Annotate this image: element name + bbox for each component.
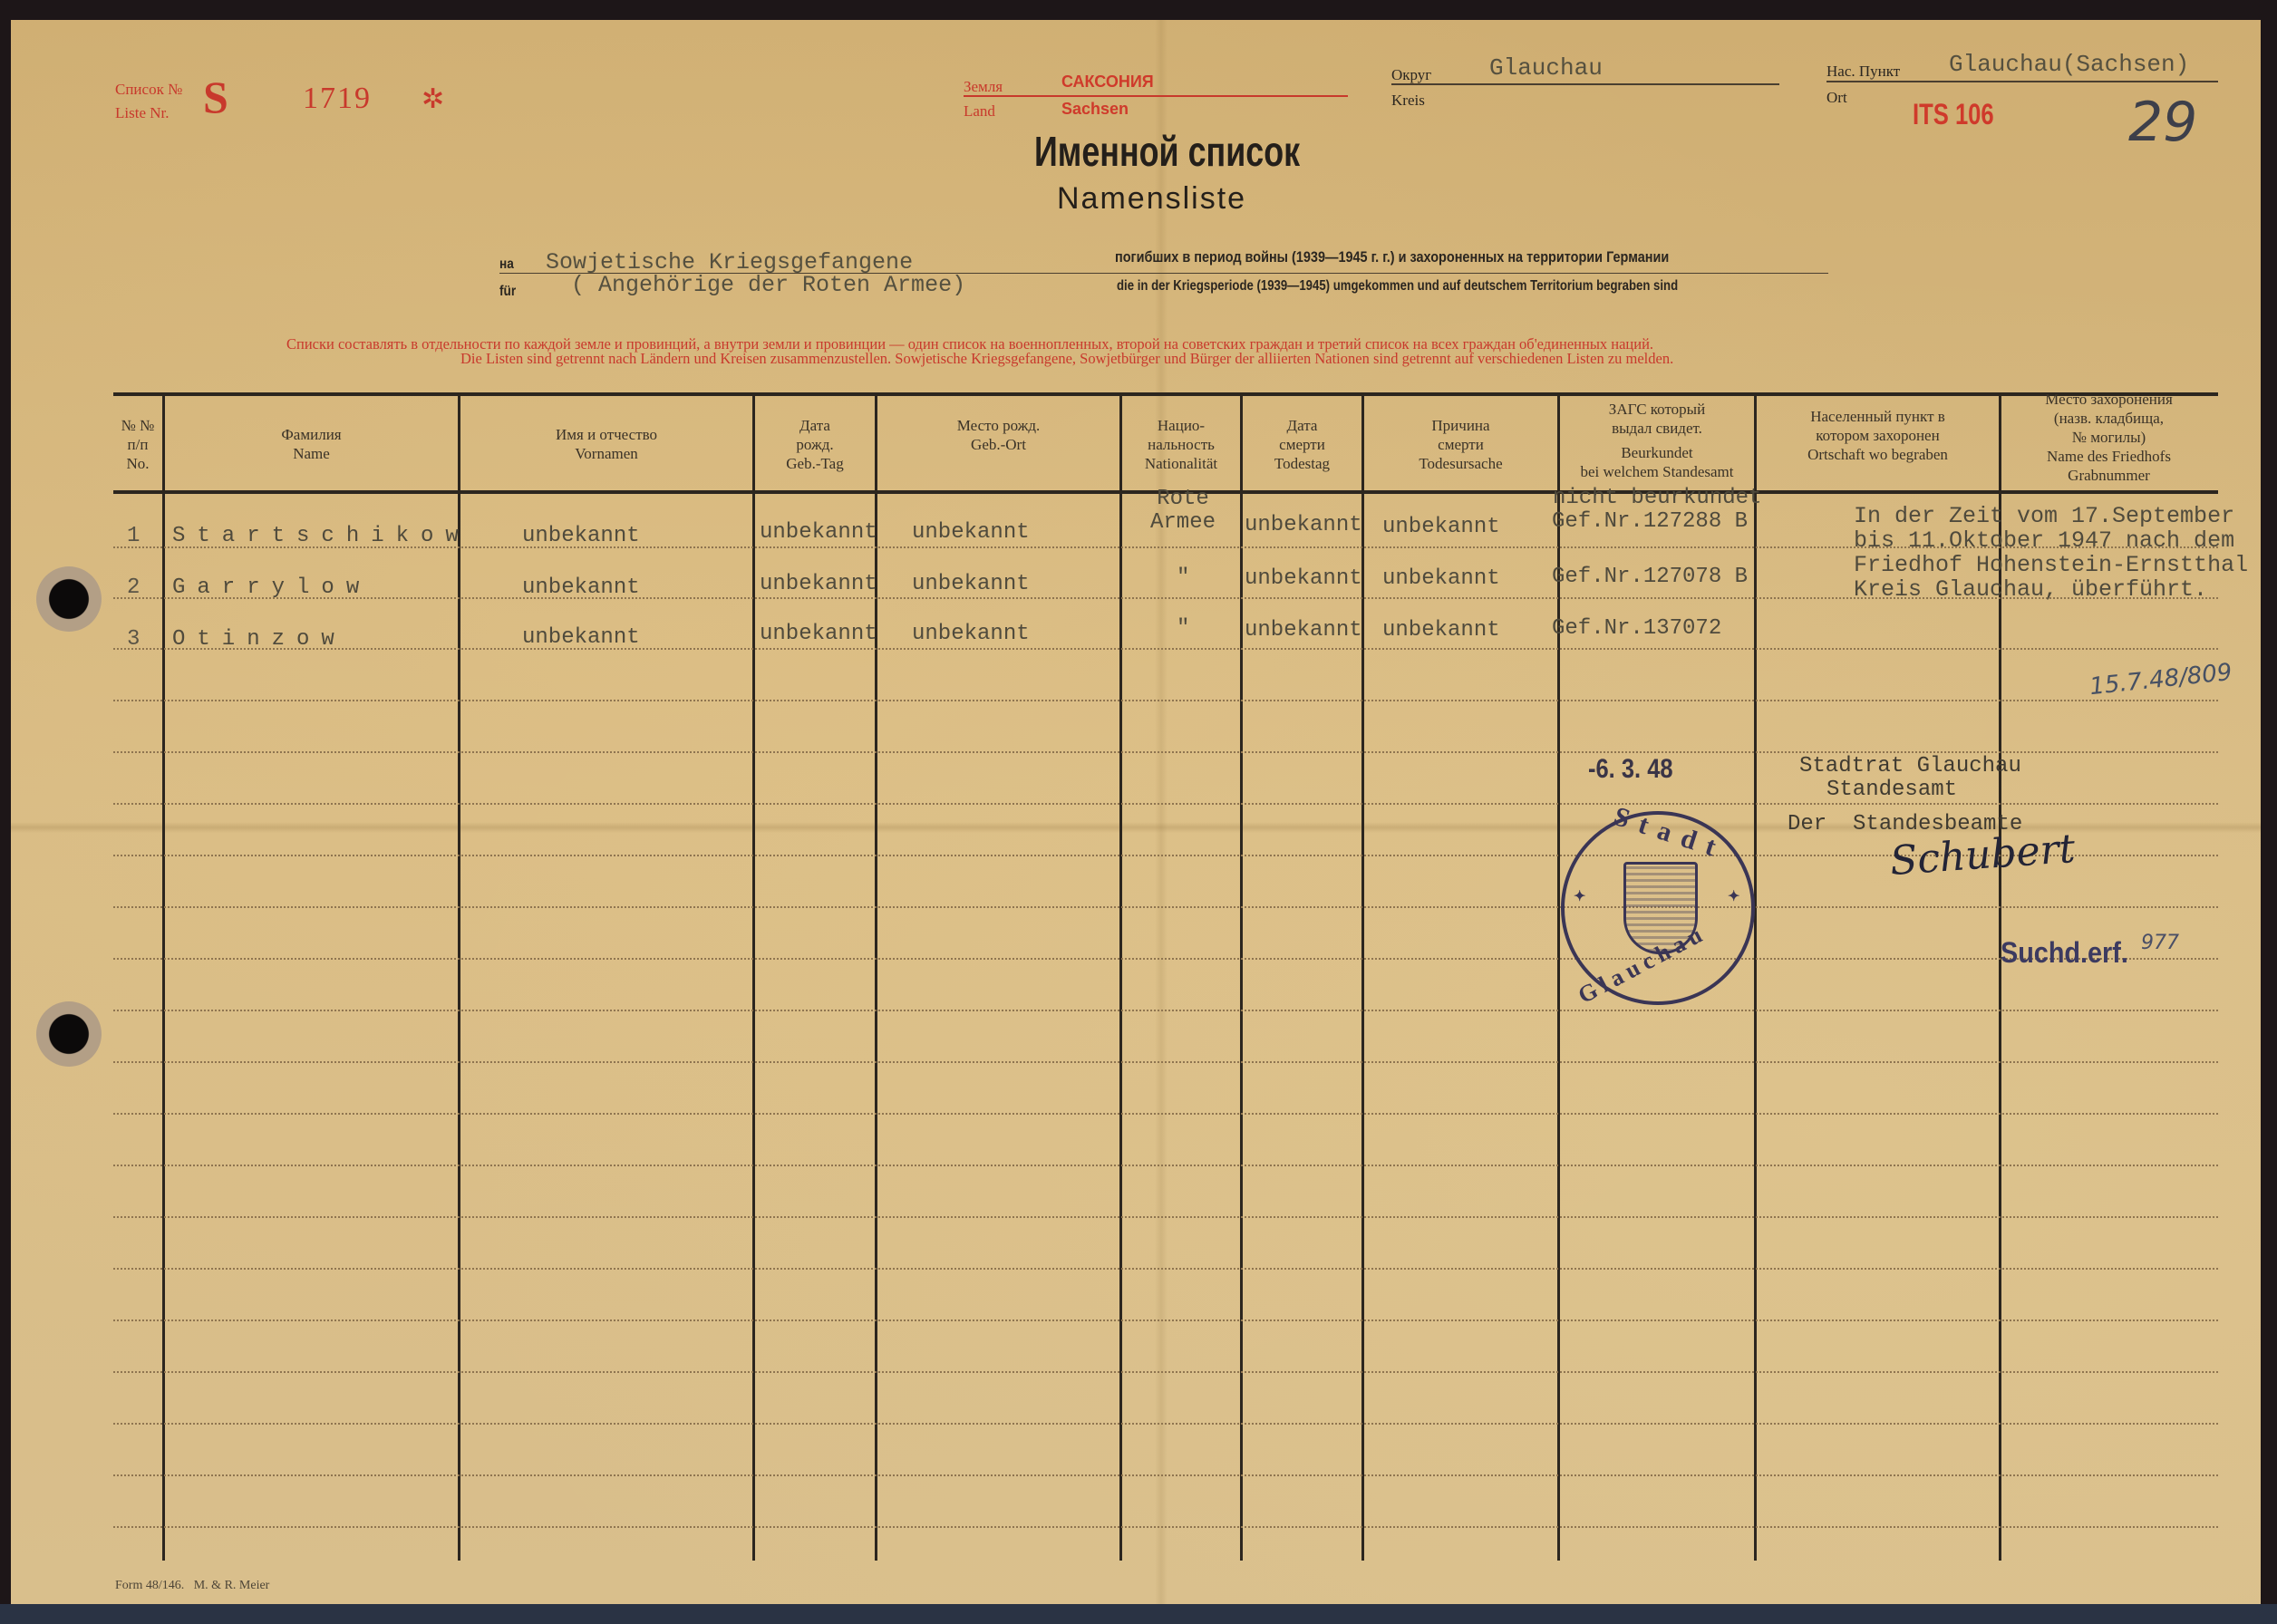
- scan-background: [0, 1604, 2277, 1624]
- header-nationalitaet-ru: Нацио- нальность: [1148, 416, 1215, 454]
- header-todestag-de: Todestag: [1274, 454, 1330, 473]
- header-ortschaft-ru: Населенный пункт в котором захоронен: [1810, 407, 1945, 445]
- header-no-de: No.: [126, 454, 149, 473]
- burial-note-line: Friedhof Hohenstein-Ernstthal: [1854, 553, 2248, 577]
- column-divider: [875, 396, 877, 1561]
- seal-star-icon: ✦: [1574, 887, 1585, 905]
- table-top-border: [113, 392, 2218, 396]
- land-value-ru: САКСОНИЯ: [1061, 72, 1154, 92]
- row-2-no: 2: [127, 575, 140, 600]
- punch-hole-icon: [36, 1001, 102, 1067]
- header-name-ru: Фамилия: [281, 425, 341, 444]
- row-1-name: Startschikow: [172, 524, 470, 548]
- header-geb-tag-de: Geb.-Tag: [786, 454, 843, 473]
- row-1-standesamt-note: nicht beurkundet: [1553, 486, 1761, 510]
- row-2-standesamt: Gef.Nr.127078 B: [1552, 565, 1748, 589]
- row-3-name: Otinzow: [172, 627, 346, 652]
- title-de: Namensliste: [1057, 181, 1246, 217]
- column-divider: [1754, 396, 1757, 1561]
- date-stamp: -6. 3. 48: [1588, 754, 1673, 785]
- header-geb-ort-ru: Место рожд.: [957, 416, 1041, 435]
- form-footer: Form 48/146. M. & R. Meier: [115, 1579, 269, 1593]
- row-3-nationalitaet: ": [1177, 616, 1189, 641]
- header-standesamt-de: Beurkundet bei welchem Standesamt: [1580, 443, 1733, 481]
- header-todestag-ru: Дата смерти: [1279, 416, 1325, 454]
- for-label-ru: на: [499, 256, 514, 273]
- header-ortschaft-de: Ortschaft wo begraben: [1807, 445, 1948, 464]
- header-geb-ort-de: Geb.-Ort: [971, 435, 1026, 454]
- row-1-nationalitaet: Rote Armee: [1138, 488, 1228, 535]
- row-1-geb-tag: unbekannt: [760, 520, 877, 545]
- row-rule: [113, 1113, 2218, 1115]
- handwritten-page-number: 29: [2128, 91, 2197, 154]
- header-todesursache-de: Todesursache: [1419, 454, 1502, 473]
- burial-note-line: bis 11.Oktober 1947 nach dem: [1854, 528, 2248, 553]
- column-divider: [458, 396, 460, 1561]
- kreis-label-ru: Округ: [1391, 65, 1431, 85]
- row-2-geb-ort: unbekannt: [912, 572, 1030, 596]
- row-rule: [113, 1010, 2218, 1011]
- header-standesamt-ru: ЗАГС который выдал свидет.: [1609, 400, 1705, 438]
- header-vornamen-ru: Имя и отчество: [556, 425, 657, 444]
- column-divider: [1240, 396, 1243, 1561]
- row-3-geb-ort: unbekannt: [912, 622, 1030, 646]
- land-value-de: Sachsen: [1061, 100, 1129, 119]
- land-underline: [964, 95, 1348, 97]
- row-rule: [113, 1526, 2218, 1528]
- header-ortschaft: Населенный пункт в котором захоронен Ort…: [1757, 399, 1999, 471]
- row-1-todesursache: unbekannt: [1382, 515, 1500, 539]
- column-divider: [162, 396, 165, 1561]
- list-number-label-ru: Список №: [115, 80, 182, 100]
- ort-label-de: Ort: [1826, 88, 1847, 108]
- row-3-geb-tag: unbekannt: [760, 622, 877, 646]
- suchd-stamp: Suchd.erf.: [2001, 936, 2128, 970]
- row-rule: [113, 751, 2218, 753]
- header-geb-ort: Место рожд. Geb.-Ort: [877, 399, 1119, 471]
- row-rule: [113, 1268, 2218, 1270]
- header-todesursache-ru: Причина смерти: [1431, 416, 1489, 454]
- burial-note: In der Zeit vom 17.September bis 11.Okto…: [1854, 504, 2248, 602]
- burial-note-line: In der Zeit vom 17.September: [1854, 504, 2248, 528]
- office-line2: Standesamt: [1826, 778, 1957, 802]
- header-nationalitaet-de: Nationalität: [1145, 454, 1217, 473]
- row-rule: [113, 958, 2218, 960]
- header-no: № № п/п No.: [113, 399, 162, 489]
- row-2-name: Garrylow: [172, 575, 371, 600]
- row-2-geb-tag: unbekannt: [760, 572, 877, 596]
- row-rule: [113, 1165, 2218, 1166]
- header-friedhof: Место захоронения (назв. кладбища, № мог…: [2001, 386, 2216, 488]
- row-rule: [113, 1216, 2218, 1218]
- row-1-geb-ort: unbekannt: [912, 520, 1030, 545]
- punch-hole-icon: [36, 566, 102, 632]
- row-3-vornamen: unbekannt: [522, 625, 640, 650]
- ort-label-ru: Нас. Пункт: [1826, 62, 1900, 82]
- row-2-nationalitaet: ": [1177, 565, 1189, 590]
- header-friedhof-de: Name des Friedhofs Grabnummer: [2047, 447, 2171, 485]
- header-geb-tag: Дата рожд. Geb.-Tag: [755, 399, 875, 489]
- for-line2: ( Angehörige der Roten Armee): [571, 272, 965, 298]
- header-nationalitaet: Нацио- нальность Nationalität: [1122, 399, 1240, 489]
- row-3-todestag: unbekannt: [1245, 618, 1362, 643]
- header-friedhof-ru: Место захоронения (назв. кладбища, № мог…: [2045, 390, 2173, 447]
- row-1-todestag: unbekannt: [1245, 513, 1362, 537]
- row-rule: [113, 906, 2218, 908]
- header-name-de: Name: [293, 444, 330, 463]
- ort-value: Glauchau(Sachsen): [1949, 51, 2189, 78]
- list-series: S: [203, 71, 228, 123]
- row-rule: [113, 700, 2218, 701]
- land-label-ru: Земля: [964, 77, 1003, 97]
- kreis-label-de: Kreis: [1391, 91, 1425, 111]
- header-todestag: Дата смерти Todestag: [1243, 399, 1361, 489]
- row-rule: [113, 803, 2218, 805]
- subtitle-ru: погибших в период войны (1939—1945 г. г.…: [1115, 248, 1669, 266]
- header-name: Фамилия Name: [165, 399, 458, 489]
- row-2-todestag: unbekannt: [1245, 566, 1362, 591]
- row-3-no: 3: [127, 627, 140, 652]
- row-2-todesursache: unbekannt: [1382, 566, 1500, 591]
- city-seal: Stadt Glauchau ✦ ✦: [1561, 811, 1755, 1005]
- row-3-todesursache: unbekannt: [1382, 618, 1500, 643]
- office-line1: Stadtrat Glauchau: [1799, 754, 2021, 778]
- header-vornamen-de: Vornamen: [575, 444, 638, 463]
- its-stamp: ITS 106: [1913, 98, 1994, 131]
- header-geb-tag-ru: Дата рожд.: [796, 416, 833, 454]
- row-1-no: 1: [127, 524, 140, 548]
- row-3-standesamt: Gef.Nr.137072: [1552, 616, 1721, 641]
- column-divider: [1119, 396, 1122, 1561]
- title-ru: Именной список: [1034, 127, 1300, 176]
- instructions-de: Die Listen sind getrennt nach Ländern un…: [460, 350, 1673, 368]
- burial-note-line: Kreis Glauchau, überführt.: [1854, 577, 2248, 602]
- ort-underline: [1826, 81, 2218, 82]
- row-rule: [113, 1423, 2218, 1425]
- asterisk-mark-icon: ✲: [421, 83, 444, 115]
- row-rule: [113, 648, 2218, 650]
- seal-star-icon: ✦: [1728, 887, 1739, 905]
- row-1-standesamt: Gef.Nr.127288 B: [1552, 509, 1748, 534]
- row-rule: [113, 1371, 2218, 1373]
- column-divider: [752, 396, 755, 1561]
- row-rule: [113, 1474, 2218, 1476]
- row-rule: [113, 1319, 2218, 1321]
- suchd-handwritten-number: 977: [2141, 932, 2179, 954]
- land-label-de: Land: [964, 101, 995, 121]
- header-vornamen: Имя и отчество Vornamen: [460, 399, 752, 489]
- kreis-underline: [1391, 83, 1779, 85]
- header-standesamt: ЗАГС который выдал свидет. Beurkundet be…: [1560, 395, 1754, 486]
- header-todesursache: Причина смерти Todesursache: [1364, 399, 1557, 489]
- row-2-vornamen: unbekannt: [522, 575, 640, 600]
- for-label-de: für: [499, 284, 516, 300]
- kreis-value: Glauchau: [1489, 54, 1603, 82]
- row-1-vornamen: unbekannt: [522, 524, 640, 548]
- header-no-ru: № № п/п: [121, 416, 155, 454]
- list-number: 1719: [303, 82, 372, 116]
- row-rule: [113, 1061, 2218, 1063]
- subtitle-de: die in der Kriegsperiode (1939—1945) umg…: [1117, 278, 1678, 295]
- list-number-label-de: Liste Nr.: [115, 103, 170, 123]
